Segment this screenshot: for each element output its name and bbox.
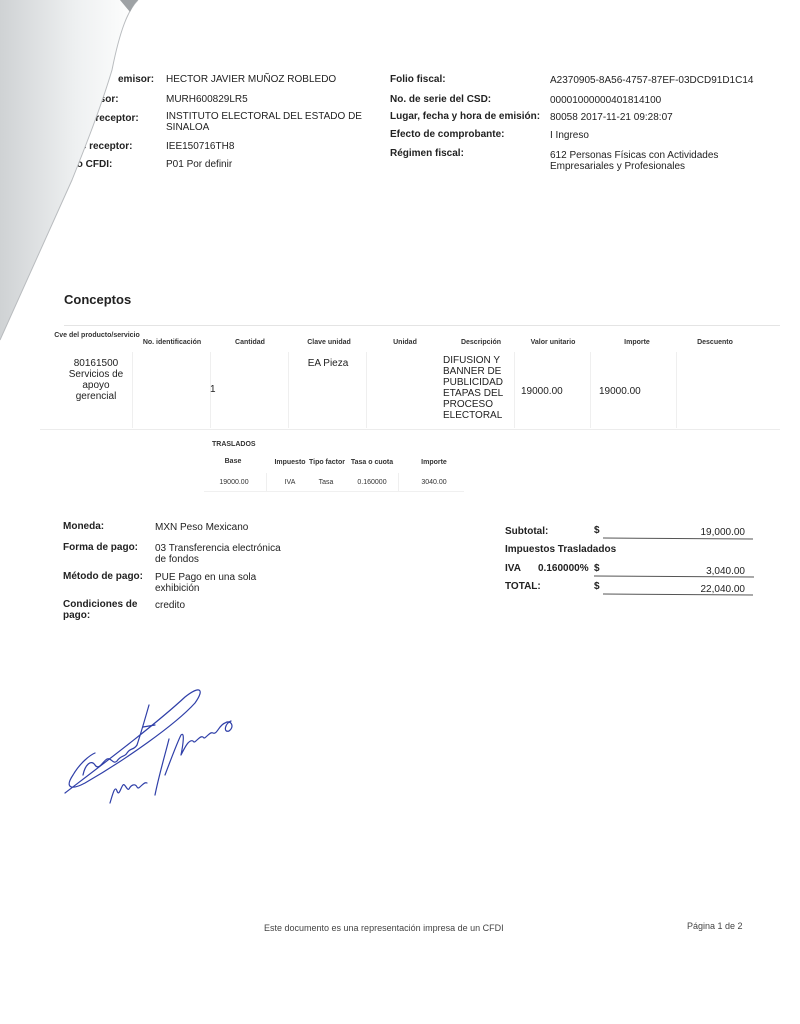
lugar-fecha-value: 80058 2017-11-21 09:28:07 [550, 112, 673, 123]
metodo-pago-value: PUE Pago en una sola exhibición [155, 572, 265, 594]
traslados-header-tipo-factor: Tipo factor [306, 459, 348, 466]
col-divider [132, 352, 133, 428]
table-bottom-border [40, 429, 780, 430]
col-divider [366, 352, 367, 428]
iva-underline [594, 575, 754, 577]
lugar-fecha-label: Lugar, fecha y hora de emisión: [390, 111, 540, 122]
folio-fiscal-value: A2370905-8A56-4757-87EF-03DCD91D1C14 [550, 75, 753, 86]
total-currency: $ [594, 581, 600, 592]
col-divider [266, 473, 267, 491]
subtotal-underline [603, 537, 753, 539]
subtotal-value: 19,000.00 [660, 527, 745, 538]
condiciones-pago-value: credito [155, 600, 185, 611]
regimen-fiscal-value: 612 Personas Físicas con Actividades Emp… [550, 150, 740, 172]
page-number: Página 1 de 2 [687, 921, 743, 931]
col-header-descuento: Descuento [682, 339, 748, 347]
condiciones-pago-label: Condiciones de pago: [63, 599, 143, 621]
uso-cfdi-label: Uso CFDI: [64, 159, 112, 170]
total-underline [603, 593, 753, 595]
col-divider [590, 352, 591, 428]
traslados-header-impuesto: Impuesto [270, 459, 310, 466]
handwritten-signature [55, 675, 265, 810]
forma-pago-label: Forma de pago: [63, 542, 138, 553]
cell-clave-unidad: EA Pieza [300, 358, 356, 369]
traslados-header-tasa: Tasa o cuota [348, 459, 396, 466]
folio-fiscal-label: Folio fiscal: [390, 74, 446, 85]
cell-descripcion: DIFUSION Y BANNER DE PUBLICIDAD ETAPAS D… [443, 355, 505, 421]
col-header-importe: Importe [604, 339, 670, 347]
metodo-pago-label: Método de pago: [63, 571, 143, 582]
cell-valor-unitario: 19000.00 [521, 386, 563, 397]
moneda-value: MXN Peso Mexicano [155, 522, 248, 533]
traslados-title: TRASLADOS [212, 441, 256, 448]
cfdi-disclaimer: Este documento es una representación imp… [264, 923, 504, 933]
moneda-label: Moneda: [63, 521, 104, 532]
col-divider [398, 473, 399, 491]
nombre-receptor-label: bre receptor: [77, 113, 139, 124]
total-label: TOTAL: [505, 581, 541, 592]
cell-cantidad: 1 [210, 384, 216, 395]
traslados-impuesto: IVA [270, 479, 310, 486]
forma-pago-value: 03 Transferencia electrónica de fondos [155, 543, 285, 565]
subtotal-label: Subtotal: [505, 526, 548, 537]
cell-importe: 19000.00 [599, 386, 641, 397]
nombre-emisor-label: emisor: [118, 74, 154, 85]
traslados-header-base: Base [212, 458, 254, 465]
col-divider [288, 352, 289, 428]
col-header-clave-unidad: Clave unidad [296, 339, 362, 347]
col-divider [676, 352, 677, 428]
col-header-unidad: Unidad [380, 339, 430, 347]
rfc-receptor-value: IEE150716TH8 [166, 141, 234, 152]
col-divider [514, 352, 515, 428]
rfc-receptor-label: FC receptor: [73, 141, 132, 152]
traslados-tipo-factor: Tasa [306, 479, 346, 486]
subtotal-currency: $ [594, 525, 600, 536]
csd-serie-value: 00001000000401814100 [550, 95, 661, 106]
iva-label: IVA [505, 563, 521, 574]
col-header-cve: Cve del producto/servicio [52, 332, 142, 340]
col-header-cantidad: Cantidad [222, 339, 278, 347]
efecto-comprobante-value: I Ingreso [550, 130, 589, 141]
traslados-base: 19000.00 [212, 479, 256, 486]
table-top-border [64, 325, 780, 326]
rfc-emisor-value: MURH600829LR5 [166, 94, 248, 105]
traslados-tasa: 0.160000 [348, 479, 396, 486]
cell-cve: 80161500 Servicios de apoyo gerencial [62, 358, 130, 402]
csd-serie-label: No. de serie del CSD: [390, 94, 491, 105]
nombre-receptor-value: INSTITUTO ELECTORAL DEL ESTADO DE SINALO… [166, 111, 366, 133]
conceptos-title: Conceptos [64, 292, 131, 307]
efecto-comprobante-label: Efecto de comprobante: [390, 129, 504, 140]
rfc-emisor-label: misor: [88, 94, 119, 105]
traslados-bottom-border [204, 491, 464, 492]
regimen-fiscal-label: Régimen fiscal: [390, 148, 464, 159]
traslados-header-importe: Importe [412, 459, 456, 466]
col-header-valor-unitario: Valor unitario [520, 339, 586, 347]
iva-currency: $ [594, 563, 600, 574]
col-header-no-identificacion: No. identificación [136, 339, 208, 347]
uso-cfdi-value: P01 Por definir [166, 159, 232, 170]
nombre-emisor-value: HECTOR JAVIER MUÑOZ ROBLEDO [166, 74, 336, 85]
col-header-descripcion: Descripción [448, 339, 514, 347]
iva-rate: 0.160000% [538, 563, 589, 574]
impuestos-trasladados-label: Impuestos Trasladados [505, 544, 616, 555]
traslados-importe: 3040.00 [412, 479, 456, 486]
